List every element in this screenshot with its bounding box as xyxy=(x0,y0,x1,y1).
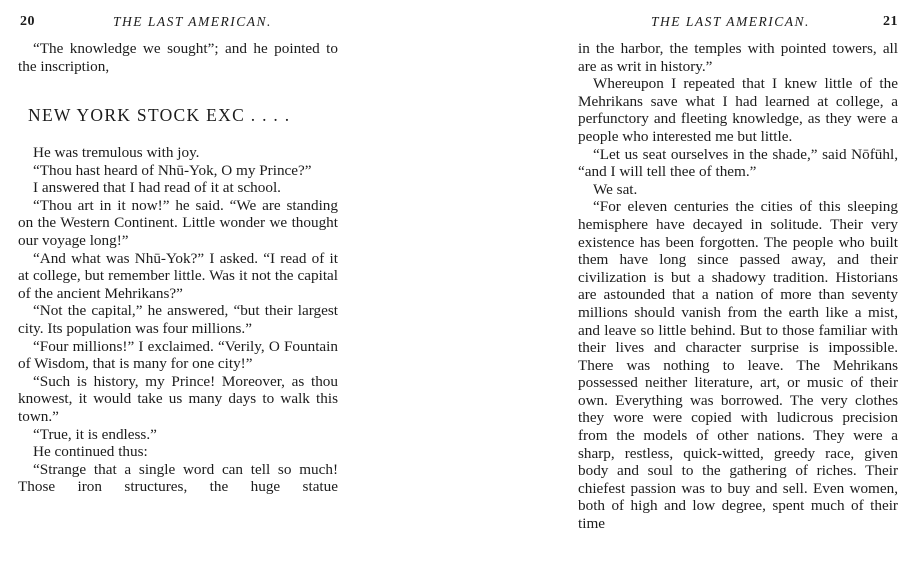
paragraph: “Four millions!” I exclaimed. “Verily, O… xyxy=(18,338,338,373)
paragraph: “Not the capital,” he answered, “but the… xyxy=(18,302,338,337)
paragraph: He was tremulous with joy. xyxy=(18,144,338,162)
paragraph: “Thou hast heard of Nhū-Yok, O my Prince… xyxy=(18,162,338,180)
running-title: THE LAST AMERICAN. xyxy=(651,12,810,32)
paragraph: “For eleven centuries the cities of this… xyxy=(578,198,898,532)
paragraph: We sat. xyxy=(578,181,898,199)
running-title: THE LAST AMERICAN. xyxy=(113,12,272,32)
inscription-heading: NEW YORK STOCK EXC . . . . xyxy=(28,104,348,126)
paragraph: “True, it is endless.” xyxy=(18,426,338,444)
paragraph: “Strange that a single word can tell so … xyxy=(18,461,338,496)
opening-text: “The knowledge we sought”; and he pointe… xyxy=(18,40,338,75)
paragraph: He continued thus: xyxy=(18,443,338,461)
paragraph: “Thou art in it now!” he said. “We are s… xyxy=(18,197,338,250)
running-head-right: THE LAST AMERICAN. 21 xyxy=(578,12,898,32)
page-number: 21 xyxy=(883,12,898,32)
right-page-body: in the harbor, the temples with pointed … xyxy=(578,40,898,533)
page-number: 20 xyxy=(20,12,35,32)
running-head-left: 20 THE LAST AMERICAN. xyxy=(18,12,338,32)
paragraph: “The knowledge we sought”; and he pointe… xyxy=(18,40,338,75)
paragraph: “Such is history, my Prince! Moreover, a… xyxy=(18,373,338,426)
paragraph: “And what was Nhū-Yok?” I asked. “I read… xyxy=(18,250,338,303)
paragraph: I answered that I had read of it at scho… xyxy=(18,179,338,197)
left-page-body: He was tremulous with joy. “Thou hast he… xyxy=(18,144,338,496)
continuation-paragraph: in the harbor, the temples with pointed … xyxy=(578,40,898,75)
paragraph: “Let us seat ourselves in the shade,” sa… xyxy=(578,146,898,181)
paragraph: Whereupon I repeated that I knew little … xyxy=(578,75,898,145)
